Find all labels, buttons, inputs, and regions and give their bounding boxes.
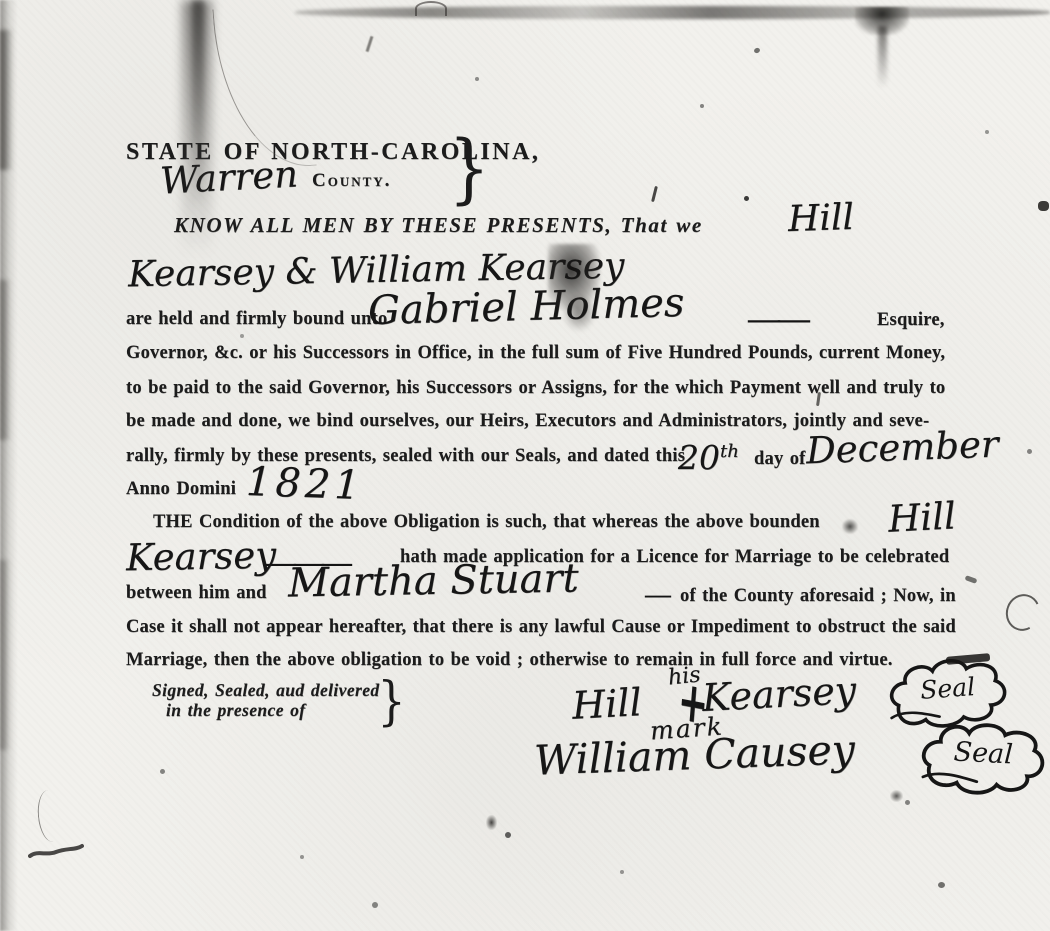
obligee-dash: —— xyxy=(748,300,808,337)
county-aforesaid-line: of the County aforesaid ; Now, in xyxy=(680,586,956,607)
header-brace: } xyxy=(449,130,490,206)
condition-line-4: Marriage, then the above obligation to b… xyxy=(126,650,893,671)
scan-artifact-flourish-presents xyxy=(651,186,658,202)
day-suffix: th xyxy=(720,441,739,462)
scan-artifact-bottom-squiggle xyxy=(28,842,84,860)
bride-name-handwritten: Martha Stuart xyxy=(288,555,579,606)
condition-line-1: THE Condition of the above Obligation is… xyxy=(153,512,820,533)
scan-speck xyxy=(240,334,244,338)
principal-name-handwritten: Hill xyxy=(787,197,854,240)
scan-speck xyxy=(620,870,624,874)
attestation-line-2: in the presence of xyxy=(166,700,306,721)
attestation-line-1: Signed, Sealed, aud delivered xyxy=(152,680,380,701)
scan-artifact-blob-bottom-right xyxy=(890,790,903,802)
groom-surname-handwritten: Kearsey xyxy=(126,534,277,580)
scan-speck xyxy=(372,902,378,908)
scan-artifact-c-curve xyxy=(1001,590,1045,636)
scan-speck xyxy=(938,882,945,888)
day-number: 20 xyxy=(678,438,720,477)
bond-body-line-2: to be paid to the said Governor, his Suc… xyxy=(126,378,945,399)
scan-artifact-blob-bottom-center xyxy=(486,815,497,830)
day-of-label: day of xyxy=(754,449,806,470)
scan-speck xyxy=(1027,449,1032,454)
scan-speck xyxy=(505,832,511,838)
seal-2-scribble: Seal xyxy=(914,717,1050,800)
scan-artifact-left-patch-1 xyxy=(0,30,13,170)
marriage-bond-document: STATE OF NORTH-CAROLINA, Warren County. … xyxy=(0,0,1050,931)
county-label: County. xyxy=(312,170,391,192)
scan-artifact-left-patch-3 xyxy=(0,560,10,750)
signature-1-surname: Kearsey xyxy=(701,668,857,720)
year-handwritten: 1821 xyxy=(245,459,364,509)
signature-2-name: William Causey xyxy=(533,725,855,784)
scan-artifact-top-hump xyxy=(415,1,447,16)
scan-artifact-blot-bounden xyxy=(842,519,858,534)
condition-line-3: Case it shall not appear hereafter, that… xyxy=(126,617,956,638)
between-him-and-label: between him and xyxy=(126,583,267,604)
scan-artifact-left-arc xyxy=(35,789,65,843)
esquire-label: Esquire, xyxy=(877,310,945,331)
scan-artifact-top-right-blob xyxy=(855,7,909,35)
scan-speck xyxy=(700,104,704,108)
attestation-brace: } xyxy=(377,676,405,728)
scan-speck xyxy=(475,77,479,81)
scan-artifact-right-edge-blob xyxy=(1038,201,1049,211)
scan-speck xyxy=(965,575,978,584)
signature-1-first-name: Hill xyxy=(571,680,643,728)
scan-speck xyxy=(753,47,760,54)
day-number-handwritten: 20th xyxy=(678,438,739,477)
scan-speck xyxy=(160,769,165,774)
scan-speck xyxy=(905,800,910,805)
scan-artifact-left-patch-2 xyxy=(0,280,11,440)
bond-body-line-1: Governor, &c. or his Successors in Offic… xyxy=(126,343,945,364)
bound-unto-line: are held and firmly bound unto xyxy=(126,309,387,330)
month-handwritten: December xyxy=(805,423,999,473)
scan-artifact-top-streak xyxy=(295,6,1050,19)
scan-artifact-tick-top xyxy=(366,36,374,52)
county-name-handwritten: Warren xyxy=(159,152,299,202)
bond-body-line-4: rally, firmly by these presents, sealed … xyxy=(126,446,685,467)
anno-domini-label: Anno Domini xyxy=(126,479,236,500)
bride-dash: — xyxy=(645,580,669,610)
scan-speck xyxy=(985,130,989,134)
scan-speck xyxy=(744,196,749,201)
scan-speck xyxy=(300,855,304,859)
groom-first-handwritten: Hill xyxy=(887,494,957,540)
obligee-name-handwritten: Gabriel Holmes xyxy=(367,280,684,334)
scan-artifact-top-right-drip xyxy=(878,26,887,88)
scan-artifact-left-edge xyxy=(0,0,17,931)
know-all-men-line: KNOW ALL MEN BY THESE PRESENTS, That we xyxy=(174,213,703,238)
